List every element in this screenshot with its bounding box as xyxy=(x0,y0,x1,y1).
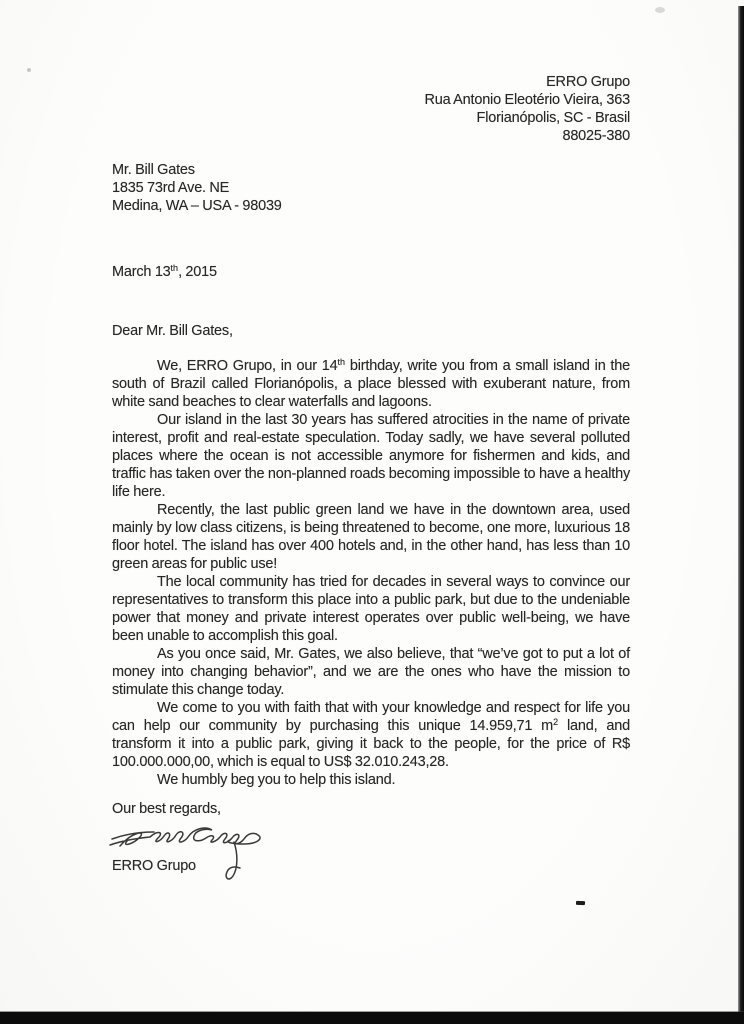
scan-artifact-smudge xyxy=(655,7,665,13)
recipient-street: 1835 73rd Ave. NE xyxy=(112,179,630,197)
recipient-address-block: Mr. Bill Gates 1835 73rd Ave. NE Medina,… xyxy=(112,161,630,215)
square-meter-superscript: 2 xyxy=(553,717,558,727)
recipient-city: Medina, WA – USA - 98039 xyxy=(112,197,630,215)
sender-street: Rua Antonio Eleotério Vieira, 363 xyxy=(112,91,630,109)
handwritten-signature xyxy=(104,820,280,886)
recipient-name: Mr. Bill Gates xyxy=(112,161,630,179)
body-paragraph-4: The local community has tried for decade… xyxy=(112,573,630,645)
signature-block: ERRO Grupo xyxy=(112,826,630,882)
ordinal-superscript: th xyxy=(337,357,345,367)
scan-artifact-speck xyxy=(27,68,31,72)
sender-name: ERRO Grupo xyxy=(112,73,630,91)
signature-typed-name: ERRO Grupo xyxy=(112,857,196,875)
body-paragraph-5: As you once said, Mr. Gates, we also bel… xyxy=(112,645,630,699)
sender-postal-code: 88025-380 xyxy=(112,127,630,145)
closing-line: Our best regards, xyxy=(112,800,630,818)
body-paragraph-2: Our island in the last 30 years has suff… xyxy=(112,411,630,501)
scanned-letter-page: ERRO Grupo Rua Antonio Eleotério Vieira,… xyxy=(0,0,744,1024)
sender-city: Florianópolis, SC - Brasil xyxy=(112,109,630,127)
paragraph-1-text: We, ERRO Grupo, in our 14 xyxy=(157,358,337,374)
body-paragraph-3: Recently, the last public green land we … xyxy=(112,501,630,573)
body-paragraph-7: We humbly beg you to help this island. xyxy=(112,771,630,789)
body-paragraph-1: We, ERRO Grupo, in our 14th birthday, wr… xyxy=(112,357,630,411)
date-year: , 2015 xyxy=(178,264,217,280)
body-paragraph-6: We come to you with faith that with your… xyxy=(112,699,630,771)
scan-artifact-bottom-edge xyxy=(0,1012,744,1024)
scan-artifact-dash xyxy=(576,901,585,905)
letter-body: We, ERRO Grupo, in our 14th birthday, wr… xyxy=(112,357,630,789)
date-ordinal-superscript: th xyxy=(171,263,179,273)
sender-address-block: ERRO Grupo Rua Antonio Eleotério Vieira,… xyxy=(112,73,630,145)
date-text: March 13 xyxy=(112,264,171,280)
salutation: Dear Mr. Bill Gates, xyxy=(112,322,630,340)
scan-artifact-right-edge xyxy=(738,6,744,1024)
date-line: March 13th, 2015 xyxy=(112,263,630,281)
letter-content: ERRO Grupo Rua Antonio Eleotério Vieira,… xyxy=(0,73,744,882)
